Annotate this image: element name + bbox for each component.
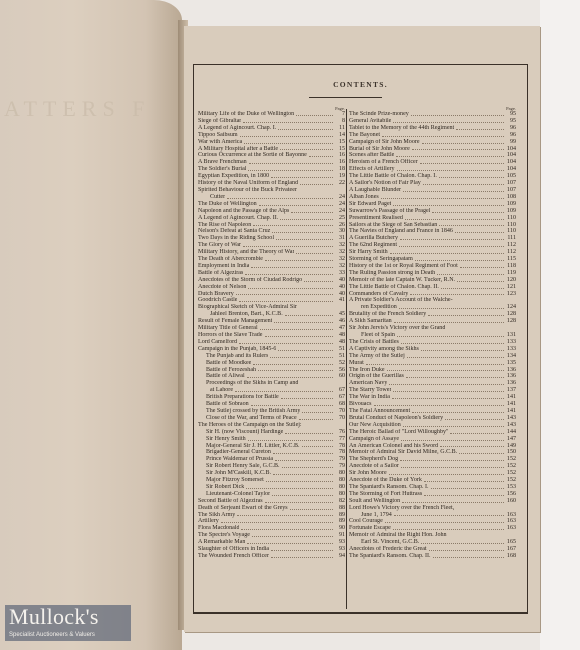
toc-entry-page: 91	[335, 532, 345, 539]
toc-entry-page: 93	[335, 546, 345, 553]
toc-entry-page: 104	[506, 146, 516, 153]
dot-leader	[421, 350, 504, 351]
toc-entry: Sir Robert Henry Sale, G.C.B.79	[198, 463, 345, 470]
dot-leader	[439, 177, 504, 178]
toc-entry: Proceedings of the Sikhs in Camp and	[198, 380, 345, 387]
toc-entry: The Punjab and its Rulers51	[198, 353, 345, 360]
dot-leader	[290, 509, 333, 510]
toc-entry-page: 67	[335, 387, 345, 394]
toc-entry: The Spectre's Voyage91	[198, 532, 345, 539]
toc-entry-title: British Preparations for Battle	[198, 394, 279, 401]
toc-entry-title: Artillery	[198, 518, 219, 525]
toc-entry-page: 121	[506, 284, 516, 291]
toc-entry-title: Commanders of Cavalry	[349, 291, 408, 298]
toc-entry-page: 80	[335, 484, 345, 491]
toc-entry-title: Origin of the Guerillas	[349, 373, 404, 380]
toc-entry: Battle of Algeziras33	[198, 270, 345, 277]
toc-entry-page: 133	[506, 339, 516, 346]
dot-leader	[296, 253, 333, 254]
toc-entry-page: 167	[506, 546, 516, 553]
toc-entry-title: Sir Robert Dick	[198, 484, 244, 491]
toc-entry-title: Campaign in the Punjab, 1845-6	[198, 346, 276, 353]
dot-leader	[309, 156, 333, 157]
dot-leader	[274, 322, 333, 323]
toc-entry-title: Sir H. (now Viscount) Hardinge	[198, 429, 283, 436]
toc-entry-title: Napoleon and the Passage of the Alps	[198, 208, 289, 215]
toc-entry-title: Battle of Algeziras	[198, 270, 243, 277]
toc-entry-title: Employment in India	[198, 263, 249, 270]
toc-entry-page: 160	[506, 498, 516, 505]
toc-entry-page: 95	[506, 118, 516, 125]
toc-entry-title: A Remarkable Man	[198, 539, 245, 546]
toc-entry-page: 153	[506, 484, 516, 491]
toc-entry-page: 70	[335, 408, 345, 415]
toc-entry-title: The Scinde Prize-money	[349, 111, 409, 118]
toc-entry-page: 134	[506, 353, 516, 360]
toc-entry: A Sailor's Notion of Fair Play107	[349, 180, 516, 187]
toc-entry-page: 104	[506, 159, 516, 166]
dot-leader	[382, 136, 504, 137]
toc-entry-title: Burial of Sir John Moore	[349, 146, 410, 153]
dot-leader	[299, 419, 333, 420]
toc-entry: The Rise of Napoleon26	[198, 222, 345, 229]
dot-leader	[271, 550, 333, 551]
toc-entry: Flora Macdonald90	[198, 525, 345, 532]
toc-entry: Two Days in the Riding School31	[198, 235, 345, 242]
toc-entry: Fortunate Escape163	[349, 525, 516, 532]
toc-entry-title: Result of Female Management	[198, 318, 272, 325]
toc-entry-title: Proceedings of the Sikhs in Camp and	[198, 380, 298, 387]
toc-entry-page: 25	[335, 215, 345, 222]
toc-entry: Anecdote of the Duke of York152	[349, 477, 516, 484]
toc-entry: The Fatal Announcement141	[349, 408, 516, 415]
toc-entry-page: 24	[335, 201, 345, 208]
toc-entry-page: 152	[506, 477, 516, 484]
toc-entry-title: Earl St. Vincent, G.C.B.	[349, 539, 419, 546]
dot-leader	[410, 294, 504, 295]
toc-entry-title: Brutal Conduct of Napoleon's Soldiery	[349, 415, 443, 422]
contents-frame: CONTENTS. Page. Military Life of the Duk…	[193, 64, 528, 614]
watermark-subtitle: Specialist Auctioneers & Valuers	[9, 631, 95, 639]
toc-entry-title: Memoir of the late Captain W. Tucker, R.…	[349, 277, 455, 284]
toc-entry-title: Anecdote of the Duke of York	[349, 477, 422, 484]
dot-leader	[400, 239, 504, 240]
dot-leader	[431, 488, 504, 489]
toc-entry-page: 68	[335, 401, 345, 408]
toc-entry: The Heroic Ballad of "Lord Willoughby"14…	[349, 429, 516, 436]
toc-entry-page: 80	[335, 477, 345, 484]
dot-leader	[273, 453, 333, 454]
contents-page: CONTENTS. Page. Military Life of the Duk…	[184, 26, 540, 632]
toc-entry: History of the Naval Uniform of England2…	[198, 180, 345, 187]
toc-entry-page: 110	[506, 215, 516, 222]
toc-entry: at Lahore67	[198, 387, 345, 394]
dot-leader	[403, 426, 504, 427]
toc-entry-page: 89	[335, 518, 345, 525]
toc-entry-page: 128	[506, 311, 516, 318]
toc-entry-page: 40	[335, 277, 345, 284]
toc-entry-page: 118	[506, 263, 516, 270]
toc-entry-title: The Starry Tower	[349, 387, 391, 394]
toc-entry-title: A Sikh Samaritan	[349, 318, 392, 325]
dot-leader	[399, 308, 504, 309]
dot-leader	[460, 267, 504, 268]
toc-entry: Murat135	[349, 360, 516, 367]
dot-leader	[304, 281, 333, 282]
toc-entry: Cutter24	[198, 194, 345, 201]
toc-entry-page: 133	[506, 346, 516, 353]
toc-entry-title: A Brave Frenchman	[198, 159, 247, 166]
dot-leader	[240, 136, 333, 137]
toc-entry: Spirited Behaviour of the Buck Privateer	[198, 187, 345, 194]
toc-entry: The Death of Abercrombie32	[198, 256, 345, 263]
toc-entry-title: A Captivity among the Sikhs	[349, 346, 419, 353]
dot-leader	[251, 267, 333, 268]
toc-entry-page: 89	[335, 512, 345, 519]
toc-entry-page: 93	[335, 539, 345, 546]
dot-leader	[243, 246, 333, 247]
toc-entry-page: 76	[335, 429, 345, 436]
toc-entry-page: 79	[335, 463, 345, 470]
dot-leader	[252, 536, 333, 537]
toc-entry: Soult and Wellington160	[349, 498, 516, 505]
dot-leader	[389, 384, 504, 385]
toc-entry-title: ren Expedition	[349, 304, 397, 311]
toc-entry-page: 14	[335, 132, 345, 139]
toc-entry-title: General Avitabile	[349, 118, 391, 125]
toc-entry: A Brave Frenchman16	[198, 159, 345, 166]
toc-entry: The Soldier's Burial18	[198, 166, 345, 173]
dot-leader	[260, 329, 333, 330]
toc-entry: A Captivity among the Sikhs133	[349, 346, 516, 353]
toc-entry-page: 48	[335, 332, 345, 339]
dot-leader	[247, 377, 333, 378]
dot-leader	[389, 474, 504, 475]
toc-entry-title: Sailors at the Siege of San Sebastian	[349, 222, 437, 229]
dot-leader	[405, 219, 504, 220]
toc-entry-page: 80	[335, 470, 345, 477]
toc-entry: Anecdotes of Frederic the Great167	[349, 546, 516, 553]
dot-leader	[248, 288, 333, 289]
toc-entry-title: Storming of Seringapatam	[349, 256, 413, 263]
dot-leader	[291, 212, 333, 213]
toc-entry-title: Memoir of Admiral Sir David Milne, G.C.B…	[349, 449, 457, 456]
toc-entry-title: The Crisis of Battles	[349, 339, 399, 346]
toc-entry-title: American Navy	[349, 380, 387, 387]
toc-entry: The Heroes of the Campaign on the Sutlej…	[198, 422, 345, 429]
dot-leader	[423, 184, 504, 185]
dot-leader	[366, 364, 504, 365]
toc-entry: Second Battle of Algeziras82	[198, 498, 345, 505]
toc-entry-page: 144	[506, 429, 516, 436]
dot-leader	[270, 357, 333, 358]
toc-entry-title: Military Title of General	[198, 325, 258, 332]
dot-leader	[281, 398, 333, 399]
toc-entry-title: Goodrich Castle	[198, 297, 237, 304]
dot-leader	[237, 515, 333, 516]
toc-entry-title: Curious Occurrence at the Sortie of Bayo…	[198, 152, 307, 159]
toc-entry-title: at Lahore	[198, 387, 233, 394]
dot-leader	[285, 433, 333, 434]
toc-entry: Sir H. (now Viscount) Hardinge76	[198, 429, 345, 436]
toc-entry-page: 8	[335, 118, 345, 125]
toc-entry: Biographical Sketch of Vice-Admiral Sir	[198, 304, 345, 311]
toc-entry-title: Presentiment Realised	[349, 215, 403, 222]
toc-entry-title: Death of Serjeant Ewart of the Greys	[198, 505, 288, 512]
dot-leader	[424, 481, 504, 482]
toc-entry-page: 107	[506, 187, 516, 194]
toc-entry-title: Two Days in the Riding School	[198, 235, 274, 242]
dot-leader	[397, 170, 504, 171]
toc-entry: Brutality of the French Soldiery128	[349, 311, 516, 318]
toc-entry-page: 40	[335, 291, 345, 298]
dot-leader	[393, 391, 504, 392]
toc-entry-title: History of the Naval Uniform of England	[198, 180, 298, 187]
toc-entry: A Military Hospital after a Battle15	[198, 146, 345, 153]
toc-entry-page: 30	[335, 228, 345, 235]
toc-entry-page: 88	[335, 505, 345, 512]
toc-entry-page: 137	[506, 387, 516, 394]
dot-leader	[401, 467, 504, 468]
auctioneer-watermark: Mullock's Specialist Auctioneers & Value…	[5, 605, 131, 641]
toc-entry-title: The Spaniard's Ransom. Chap. II.	[349, 553, 431, 560]
dot-leader	[265, 336, 334, 337]
dot-leader	[412, 149, 504, 150]
toc-entry-title: Anecdote of Nelson	[198, 284, 246, 291]
toc-entry: Cool Courage163	[349, 518, 516, 525]
toc-entry-page: 16	[335, 152, 345, 159]
toc-entry-page: 112	[506, 249, 516, 256]
dot-leader	[422, 143, 504, 144]
toc-entry-page: 51	[335, 353, 345, 360]
toc-entry-title: Dutch Bravery	[198, 291, 234, 298]
toc-entry: Memoir of the late Captain W. Tucker, R.…	[349, 277, 516, 284]
toc-entry-title: Scenes after Battle	[349, 152, 394, 159]
toc-entry-page: 77	[335, 436, 345, 443]
toc-entry-page: 109	[506, 201, 516, 208]
toc-entry-page: 24	[335, 194, 345, 201]
toc-entry-page: 120	[506, 277, 516, 284]
toc-entry: The Little Battle of Chalon. Chap. I.105	[349, 173, 516, 180]
toc-entry: Slaughter of Officers in India93	[198, 546, 345, 553]
toc-entry: Sailors at the Siege of San Sebastian110	[349, 222, 516, 229]
toc-entry: Memoir of Admiral the Right Hon. John	[349, 532, 516, 539]
toc-entry-title: Murat	[349, 360, 364, 367]
dot-leader	[385, 522, 504, 523]
toc-entry-page: 90	[335, 525, 345, 532]
toc-entry: History of the 1st or Royal Regiment of …	[349, 263, 516, 270]
toc-entry-page: 149	[506, 443, 516, 450]
toc-entry-title: Close of the War, and Terms of Peace	[198, 415, 297, 422]
toc-entry-page: 105	[506, 173, 516, 180]
dot-leader	[429, 550, 504, 551]
toc-entry-page: 32	[335, 256, 345, 263]
toc-entry-page: 32	[335, 249, 345, 256]
toc-entry-page: 52	[335, 360, 345, 367]
toc-entry: The War in India141	[349, 394, 516, 401]
dot-leader	[253, 364, 333, 365]
toc-entry-title: The Sikh Army	[198, 512, 235, 519]
toc-entry-page: 33	[335, 270, 345, 277]
toc-entry-title: An American Colonel and his Sword	[349, 443, 438, 450]
toc-entry: Lord Camelford48	[198, 339, 345, 346]
dot-leader	[459, 453, 504, 454]
toc-entry: Burial of Sir John Moore104	[349, 146, 516, 153]
toc-entry: Death of Serjeant Ewart of the Greys88	[198, 505, 345, 512]
toc-entry: The Sikh Army89	[198, 512, 345, 519]
toc-entry-page: 152	[506, 456, 516, 463]
toc-entry: The Crisis of Battles133	[349, 339, 516, 346]
toc-entry: Battle of Moodkee52	[198, 360, 345, 367]
toc-entry-title: Alban Jones	[349, 194, 379, 201]
toc-entry-page: 15	[335, 146, 345, 153]
toc-entry-title: Slaughter of Officers in India	[198, 546, 269, 553]
toc-entry-page: 32	[335, 242, 345, 249]
toc-entry: A Legend of Agincourt. Chap. I.11	[198, 125, 345, 132]
toc-entry-title: A Laughable Blunder	[349, 187, 401, 194]
toc-entry: British Preparations for Battle67	[198, 394, 345, 401]
toc-entry: The Storming of Fort Huttrass156	[349, 491, 516, 498]
toc-entry-page: 143	[506, 415, 516, 422]
toc-entry-page: 41	[335, 297, 345, 304]
dot-leader	[259, 205, 333, 206]
toc-entry-title: June 1, 1794	[349, 512, 392, 519]
toc-entry-page: 16	[335, 159, 345, 166]
toc-entry-page: 95	[506, 111, 516, 118]
dot-leader	[236, 294, 333, 295]
dot-leader	[300, 184, 333, 185]
dot-leader	[235, 391, 333, 392]
dot-leader	[393, 205, 504, 206]
toc-entry-page: 110	[506, 222, 516, 229]
toc-entry-page: 56	[335, 367, 345, 374]
toc-entry-title: Fleet of Spain	[349, 332, 395, 339]
toc-entry: The Spaniard's Ransom. Chap. I.153	[349, 484, 516, 491]
toc-entry-page: 48	[335, 339, 345, 346]
toc-entry-title: Anecdotes of Frederic the Great	[349, 546, 427, 553]
dot-leader	[248, 440, 333, 441]
toc-entry: The Duke of Wellington24	[198, 201, 345, 208]
toc-entry-title: Second Battle of Algeziras	[198, 498, 263, 505]
toc-entry-page: 119	[506, 270, 516, 277]
toc-entry-title: Campaign of Assaye	[349, 436, 399, 443]
toc-entry-title: Memoir of Admiral the Right Hon. John	[349, 532, 447, 539]
dot-leader	[246, 488, 333, 489]
dot-leader	[248, 170, 333, 171]
toc-entry: A Guerilla Butchery111	[349, 235, 516, 242]
dot-leader	[387, 370, 504, 371]
toc-entry-title: A Military Hospital after a Battle	[198, 146, 278, 153]
toc-entry-page: 24	[335, 208, 345, 215]
dot-leader	[296, 115, 333, 116]
toc-entry: Campaign in the Punjab, 1845-651	[198, 346, 345, 353]
toc-entry-page: 136	[506, 367, 516, 374]
toc-entry-page: 163	[506, 525, 516, 532]
bottom-rule	[194, 612, 527, 613]
toc-entry: Sir John Moore152	[349, 470, 516, 477]
toc-entry: The Little Battle of Chalon. Chap. II.12…	[349, 284, 516, 291]
toc-entry: Military Title of General47	[198, 325, 345, 332]
toc-entry-title: Military History, and the Theory of War	[198, 249, 294, 256]
dot-leader	[402, 502, 504, 503]
column-divider	[346, 109, 347, 609]
dot-leader	[394, 515, 504, 516]
toc-entry: The Spaniard's Ransom. Chap. II.168	[349, 553, 516, 560]
dot-leader	[241, 529, 333, 530]
dot-leader	[401, 343, 504, 344]
toc-entry-title: Tippoo Saibsum	[198, 132, 238, 139]
toc-entry: Bivouacs141	[349, 401, 516, 408]
toc-entry-page: 136	[506, 380, 516, 387]
toc-entry-page: 143	[506, 422, 516, 429]
toc-entry-title: The Little Battle of Chalon. Chap. II.	[349, 284, 439, 291]
toc-entry-page: 152	[506, 470, 516, 477]
dot-leader	[302, 446, 333, 447]
dot-leader	[393, 529, 504, 530]
toc-entry: A Legend of Agincourt. Chap. II.25	[198, 215, 345, 222]
left-page: ATTERS F	[0, 0, 182, 650]
toc-entry-page: 79	[335, 456, 345, 463]
toc-entry-title: The Storming of Fort Huttrass	[349, 491, 422, 498]
toc-entry-title: Sir Edward Paget	[349, 201, 391, 208]
toc-entry-title: Suwarrow's Passage of the Pragel	[349, 208, 430, 215]
toc-entry-title: Battle of Ferozeshah	[198, 367, 256, 374]
toc-entry-title: Sir John Moore	[349, 470, 387, 477]
dot-leader	[457, 281, 504, 282]
toc-entry: Curious Occurrence at the Sortie of Bayo…	[198, 152, 345, 159]
toc-entry: War with America15	[198, 139, 345, 146]
dot-leader	[424, 495, 504, 496]
toc-entry-title: Major Fitzroy Somerset	[198, 477, 264, 484]
toc-entry-title: War with America	[198, 139, 242, 146]
toc-entry-page: 15	[335, 139, 345, 146]
toc-entry: Alban Jones108	[349, 194, 516, 201]
toc-entry-title: Major-General Sir J. H. Littler, K.C.B.	[198, 443, 300, 450]
toc-entry-title: The Navies of England and France in 1846	[349, 228, 453, 235]
dot-leader	[227, 198, 333, 199]
toc-entry-title: Sir John Jervis's Victory over the Grand	[349, 325, 445, 332]
toc-entry: The Sutlej crossed by the British Army70	[198, 408, 345, 415]
dot-leader	[390, 253, 504, 254]
toc-entry: Lord Howe's Victory over the French Flee…	[349, 505, 516, 512]
toc-entry-title: The Heroic Ballad of "Lord Willoughby"	[349, 429, 448, 436]
dot-leader	[411, 115, 504, 116]
toc-entry-title: Battle of Sobraon	[198, 401, 249, 408]
dot-leader	[396, 156, 504, 157]
toc-entry-page: 32	[335, 263, 345, 270]
toc-entry: Sir Robert Dick80	[198, 484, 345, 491]
toc-entry-page: 136	[506, 373, 516, 380]
dot-leader	[282, 467, 333, 468]
dot-leader	[432, 212, 504, 213]
toc-entry: Sir Henry Smith77	[198, 436, 345, 443]
dot-leader	[280, 149, 333, 150]
toc-entry-page: 46	[335, 318, 345, 325]
toc-entry-title: The Little Battle of Chalon. Chap. I.	[349, 173, 437, 180]
dot-leader	[401, 440, 504, 441]
toc-entry: Battle of Ferozeshah56	[198, 367, 345, 374]
toc-entry: Earl St. Vincent, G.C.B.165	[349, 539, 516, 546]
toc-entry: The Ruling Passion strong in Death119	[349, 270, 516, 277]
dot-leader	[271, 557, 333, 558]
toc-entry-title: Effects of Artillery	[349, 166, 395, 173]
toc-entry: Egyptian Expedition, in 180019	[198, 173, 345, 180]
toc-entry-title: The Bayonet	[349, 132, 380, 139]
toc-entry: Storming of Seringapatam115	[349, 256, 516, 263]
toc-entry-page: 156	[506, 491, 516, 498]
toc-entry-page: 123	[506, 291, 516, 298]
dot-leader	[278, 129, 333, 130]
